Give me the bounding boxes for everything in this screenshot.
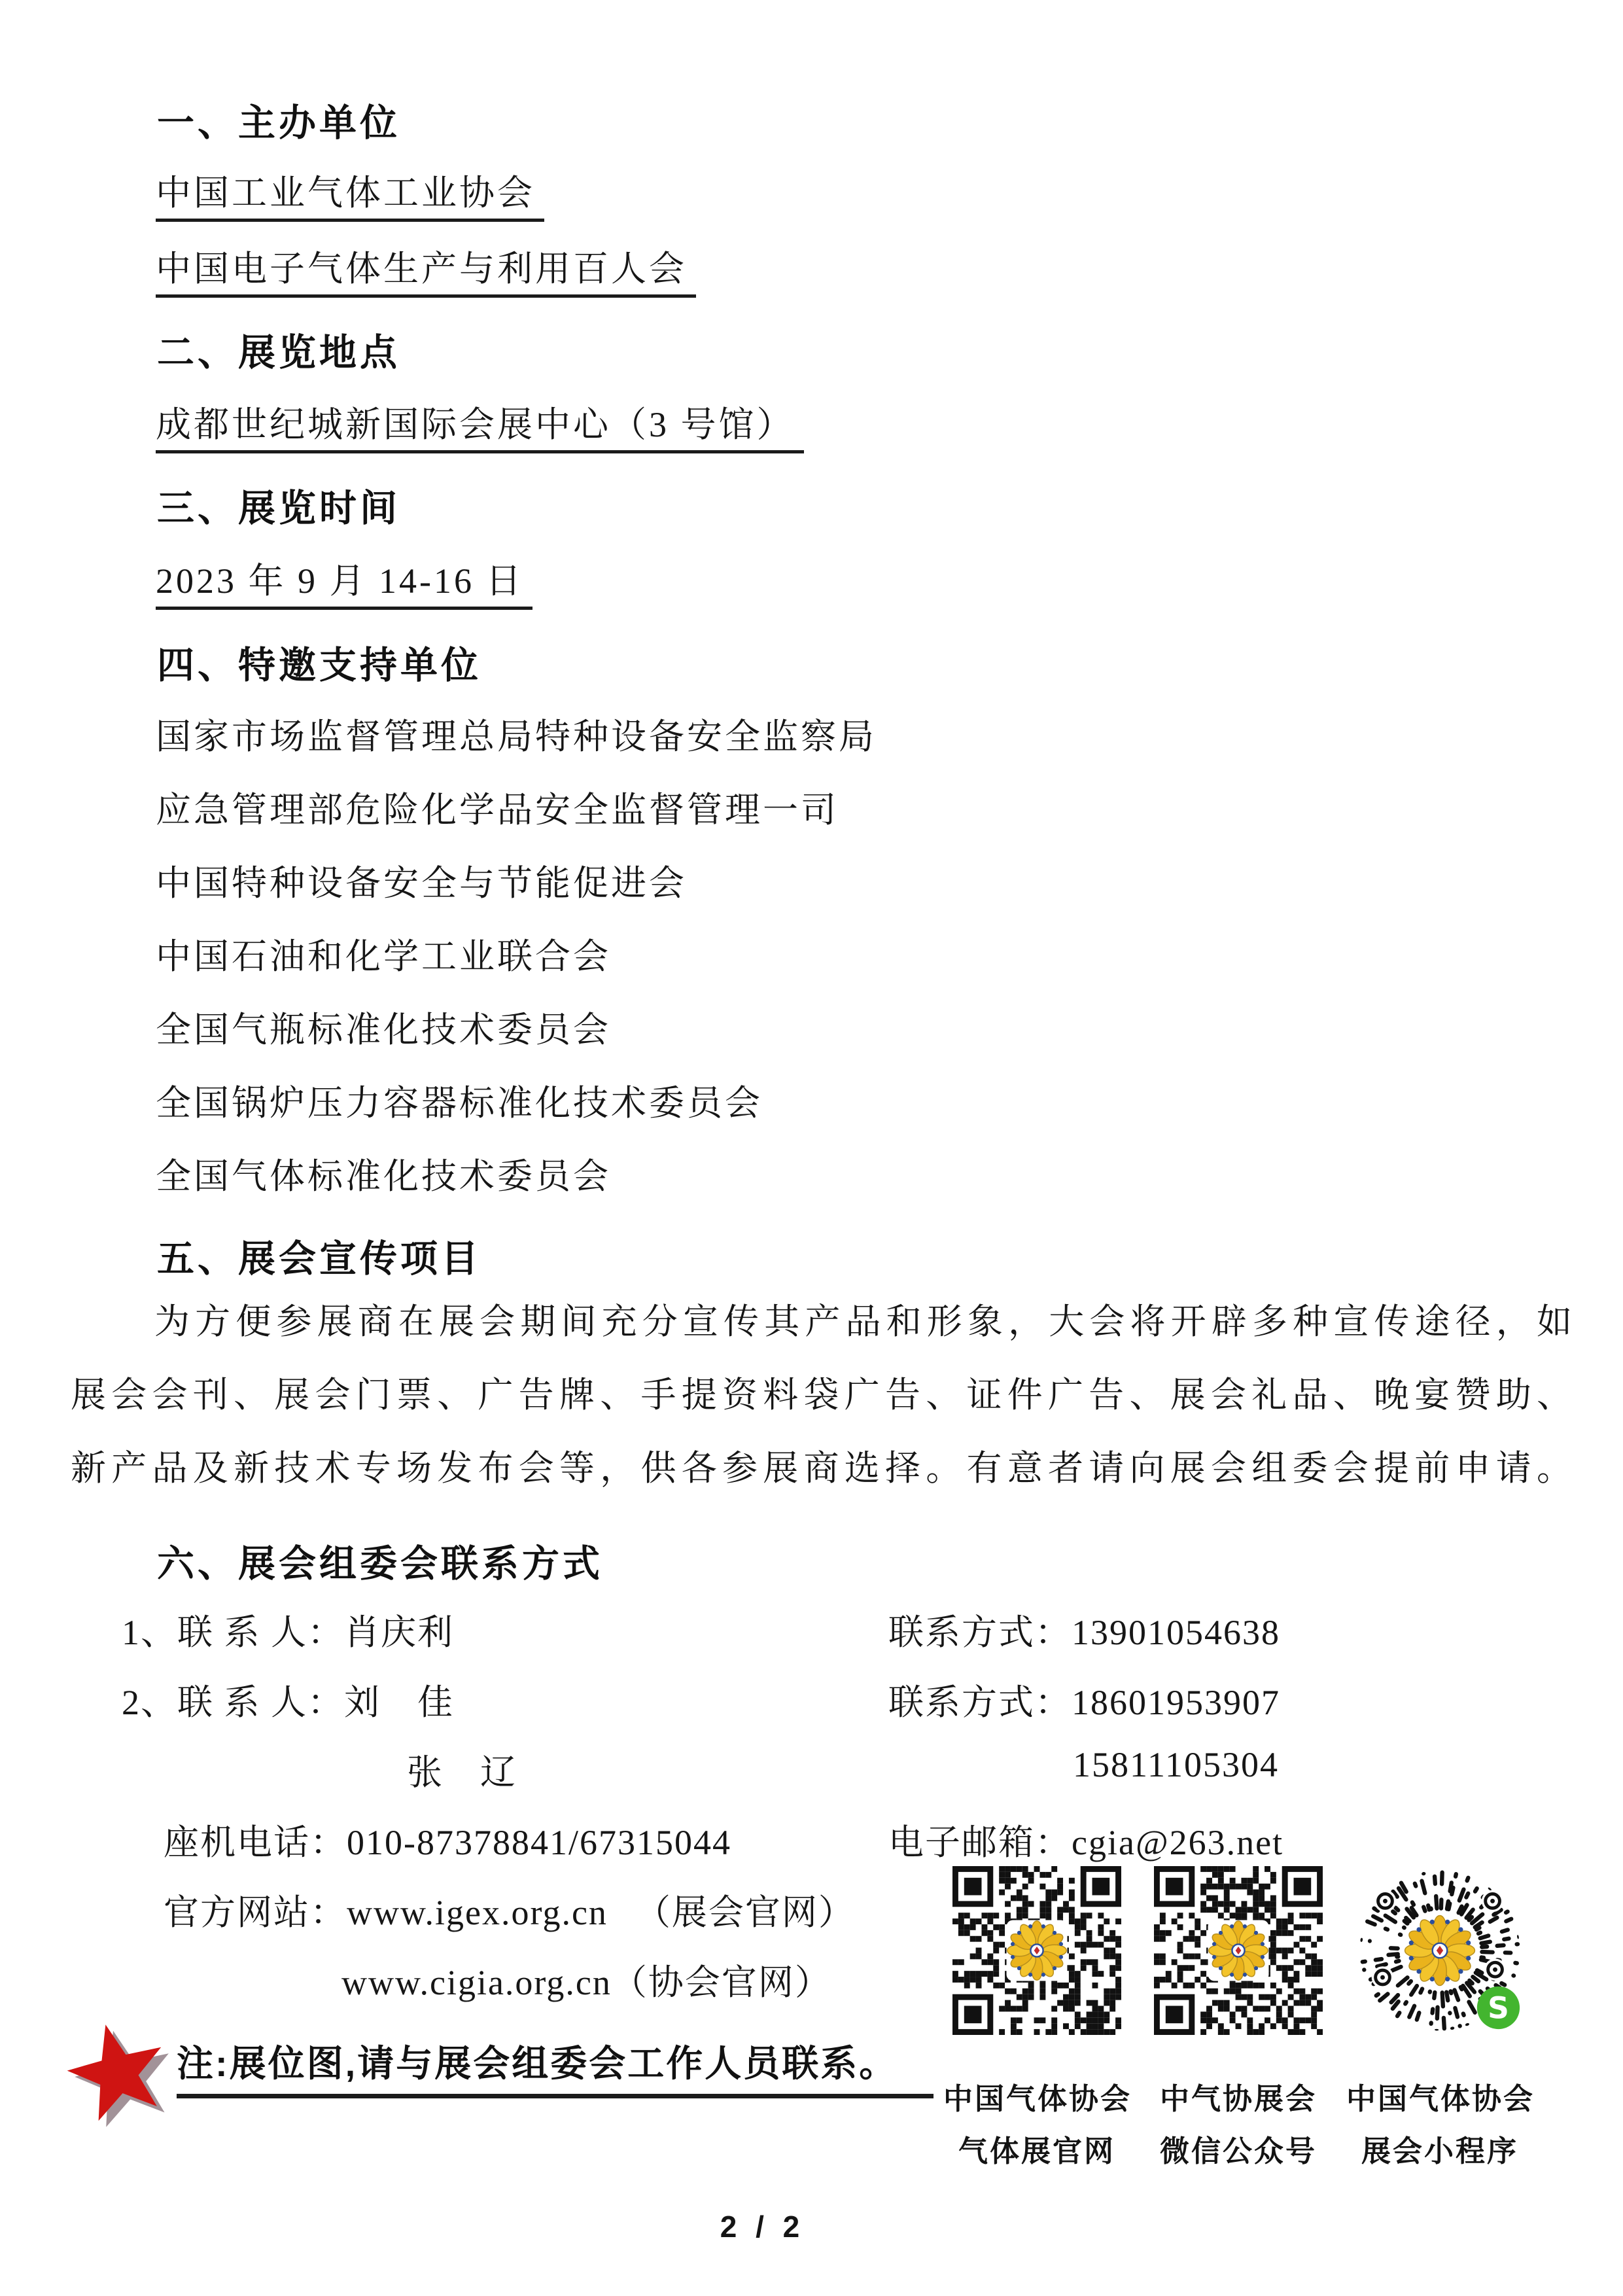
qr-caption: 中气协展会 <box>1145 2073 1332 2125</box>
contact-2-phone: 联系方式：18601953907 <box>888 1674 1280 1725</box>
footnote-text: 注:展位图,请与展会组委会工作人员联系。 <box>177 2035 934 2098</box>
contact-3-phone: 15811105304 <box>1073 1744 1279 1785</box>
qr-caption: 中国气体协会 <box>943 2073 1130 2125</box>
page-number: 2 / 2 <box>0 2209 1623 2244</box>
paragraph-line: 为方便参展商在展会期间充分宣传其产品和形象，大会将开辟多种宣传途径，如 <box>71 1297 1572 1370</box>
red-star-icon <box>63 2011 173 2136</box>
section-1-heading: 一、主办单位 <box>157 93 400 147</box>
contact-3-name: 张 辽 <box>407 1744 517 1795</box>
landline-row: 座机电话：010-87378841/67315044 <box>164 1814 731 1865</box>
venue-line: 成都世纪城新国际会展中心（3 号馆） <box>156 397 804 447</box>
section-2-heading: 二、展览地点 <box>157 323 400 376</box>
qr-item-website: 中国气体协会 气体展官网 <box>943 1866 1130 2178</box>
contact-2-name: 2、联 系 人：刘 佳 <box>122 1674 454 1725</box>
qr-caption: 展会小程序 <box>1346 2125 1533 2178</box>
website-row: 官方网站：www.igex.org.cn（展会官网） <box>164 1884 855 1935</box>
website-row-2: www.cigia.org.cn（协会官网） <box>341 1954 831 2005</box>
qr-caption: 中国气体协会 <box>1346 2073 1533 2125</box>
qr-item-miniprogram: S 中国气体协会 展会小程序 <box>1346 1866 1533 2178</box>
qr-item-wechat: 中气协展会 微信公众号 <box>1145 1866 1332 2178</box>
section-3-heading: 三、展览时间 <box>157 478 400 532</box>
supporter-item: 中国石油和化学工业联合会 <box>156 928 611 979</box>
footnote: 注:展位图,请与展会组委会工作人员联系。 <box>63 2021 934 2136</box>
qr-code-miniprogram: S <box>1355 1866 1524 2035</box>
supporter-item: 全国锅炉压力容器标准化技术委员会 <box>156 1075 763 1125</box>
promotion-paragraph: 为方便参展商在展会期间充分宣传其产品和形象，大会将开辟多种宣传途径，如 展会会刊… <box>71 1297 1572 1517</box>
qr-code-block: 中国气体协会 气体展官网 中气协展会 微信公众号 S 中国气体协会 展会小程序 <box>943 1866 1533 2178</box>
qr-code-wechat <box>1154 1866 1323 2035</box>
supporter-item: 全国气体标准化技术委员会 <box>156 1148 611 1199</box>
svg-text:S: S <box>1488 1990 1509 2025</box>
qr-caption: 微信公众号 <box>1145 2125 1332 2178</box>
supporter-item: 中国特种设备安全与节能促进会 <box>156 855 687 906</box>
supporter-item: 全国气瓶标准化技术委员会 <box>156 1002 611 1052</box>
section-6-heading: 六、展会组委会联系方式 <box>157 1534 603 1587</box>
qr-code-website <box>952 1866 1121 2035</box>
qr-caption: 气体展官网 <box>943 2125 1130 2178</box>
paragraph-line: 新产品及新技术专场发布会等，供各参展商选择。有意者请向展会组委会提前申请。 <box>71 1443 1572 1517</box>
supporter-item: 国家市场监督管理总局特种设备安全监察局 <box>156 709 877 759</box>
paragraph-line: 展会会刊、展会门票、广告牌、手提资料袋广告、证件广告、展会礼品、晚宴赞助、 <box>71 1370 1572 1443</box>
document-page: 一、主办单位 中国工业气体工业协会 中国电子气体生产与利用百人会 二、展览地点 … <box>0 0 1623 2296</box>
date-line: 2023 年 9 月 14-16 日 <box>156 553 532 603</box>
email-row: 电子邮箱：cgia@263.net <box>888 1814 1283 1865</box>
section-5-heading: 五、展会宣传项目 <box>157 1229 481 1282</box>
organizer-line: 中国电子气体生产与利用百人会 <box>156 241 696 291</box>
organizer-line: 中国工业气体工业协会 <box>156 165 544 215</box>
contact-1-phone: 联系方式：13901054638 <box>888 1604 1280 1655</box>
supporter-item: 应急管理部危险化学品安全监督管理一司 <box>156 782 839 832</box>
section-4-heading: 四、特邀支持单位 <box>157 635 481 689</box>
contact-1-name: 1、联 系 人：肖庆利 <box>122 1604 454 1655</box>
